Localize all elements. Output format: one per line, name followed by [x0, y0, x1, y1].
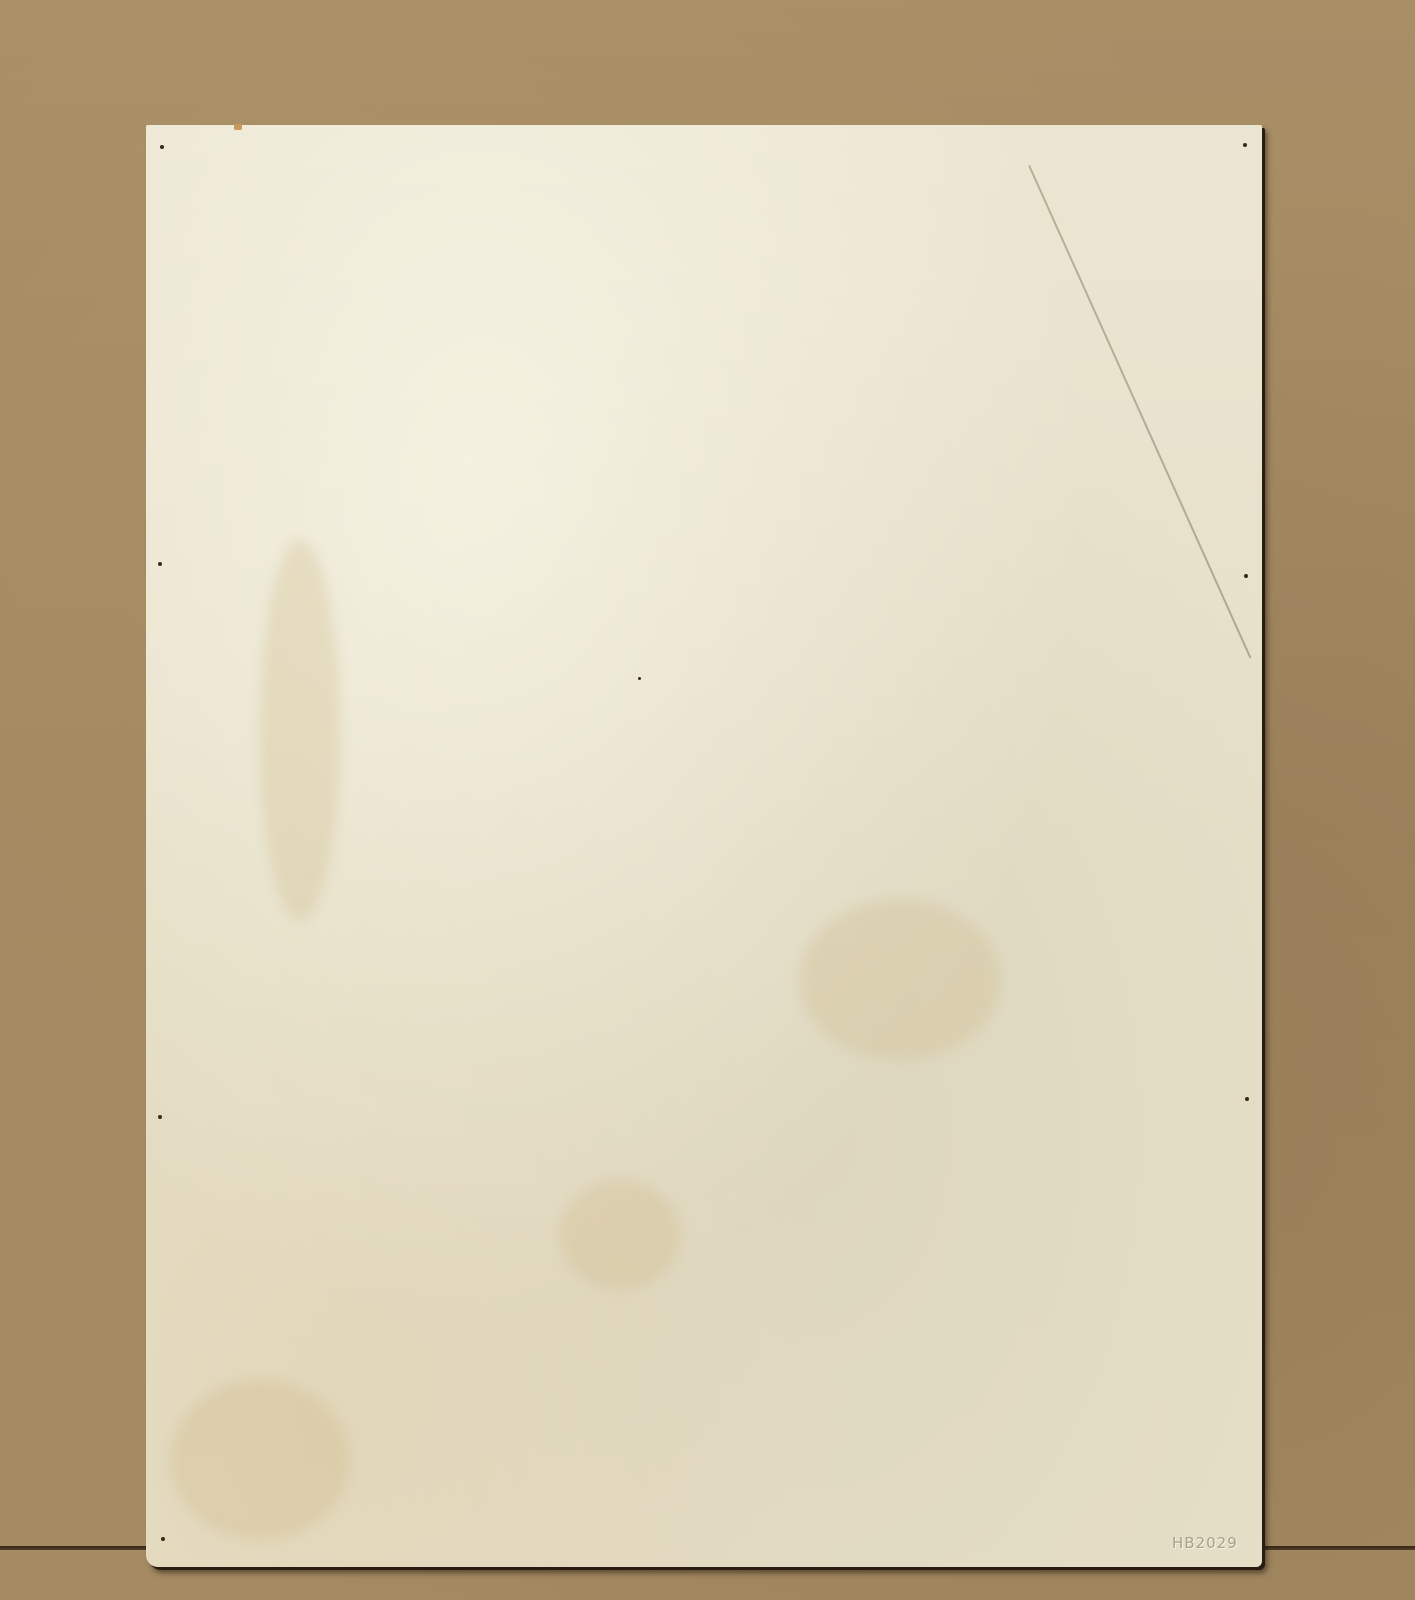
tack-mark [1245, 1097, 1249, 1101]
paint-chip [234, 124, 242, 130]
tack-mark [158, 562, 162, 566]
tack-mark [161, 1537, 165, 1541]
stain [560, 1180, 680, 1290]
stain [800, 900, 1000, 1060]
tack-mark [1244, 574, 1248, 578]
tack-mark [638, 677, 641, 680]
tack-mark [1243, 143, 1247, 147]
embossed-mark: HB2029 [1172, 1534, 1238, 1552]
tack-mark [160, 145, 164, 149]
tack-mark [158, 1115, 162, 1119]
stain [170, 1380, 350, 1540]
stain [260, 540, 340, 920]
